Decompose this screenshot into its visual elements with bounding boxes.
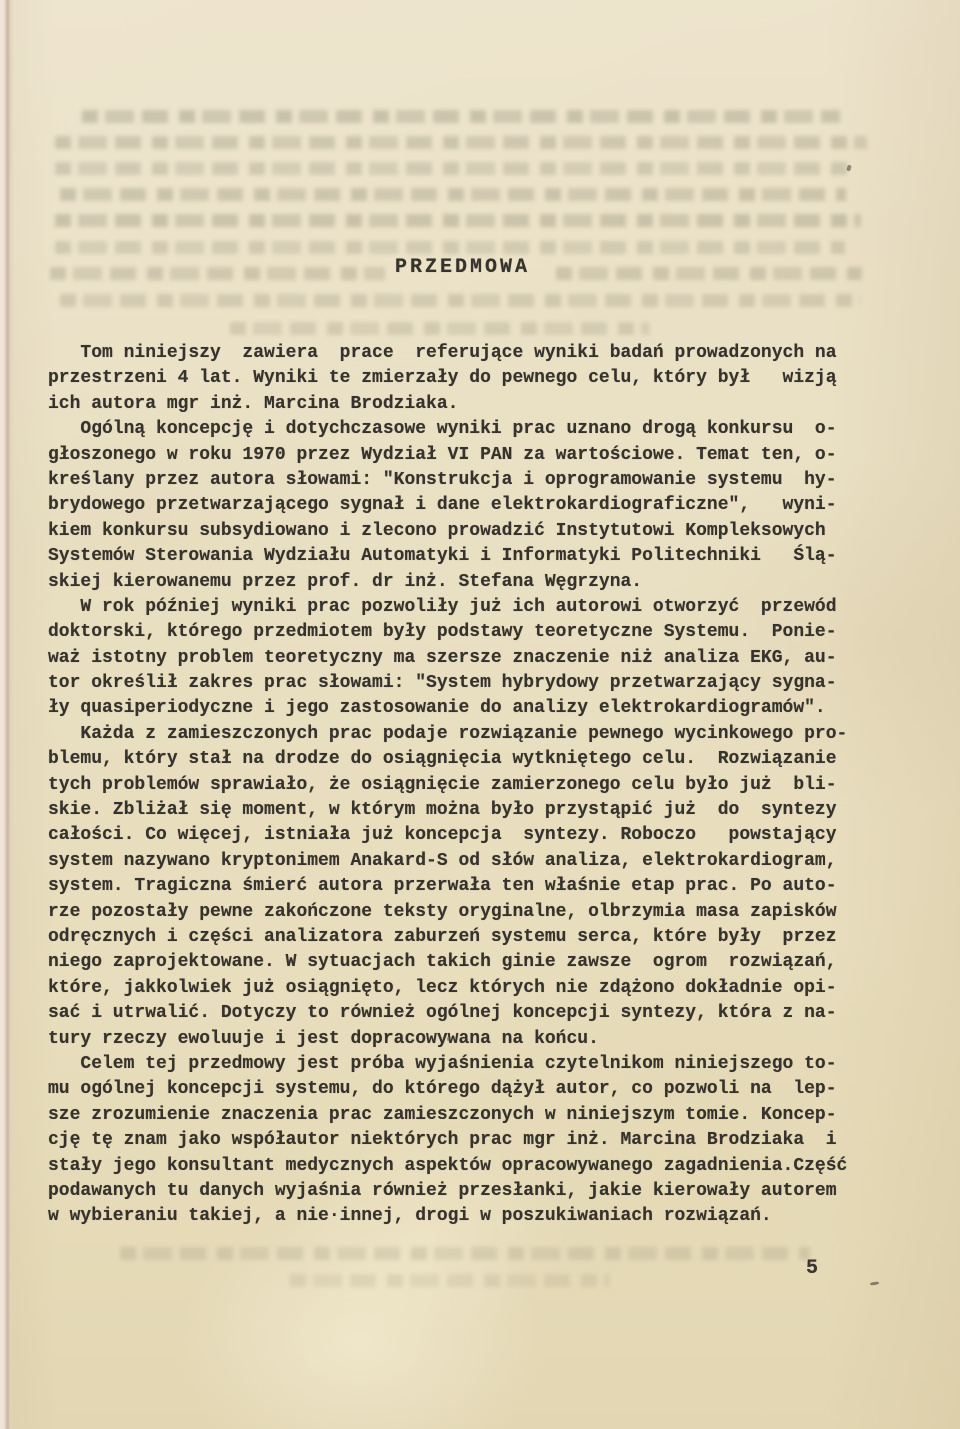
body-line: kreślany przez autora słowami: "Konstruk… bbox=[48, 468, 908, 493]
bleedthrough-line bbox=[556, 267, 862, 280]
body-line: mu ogólnej koncepcji systemu, do którego… bbox=[48, 1077, 908, 1102]
bleedthrough-line bbox=[55, 214, 861, 227]
body-line: stały jego konsultant medycznych aspektó… bbox=[48, 1154, 908, 1179]
bleedthrough-line bbox=[60, 188, 846, 201]
body-line: kiem konkursu subsydiowano i zlecono pro… bbox=[48, 519, 908, 544]
body-line: Systemów Sterowania Wydziału Automatyki … bbox=[48, 544, 908, 569]
body-line: podawanych tu danych wyjaśnia również pr… bbox=[48, 1179, 908, 1204]
bleedthrough-line bbox=[55, 241, 845, 254]
body-line: system nazywano kryptonimem Anakard-S od… bbox=[48, 849, 908, 874]
bleedthrough-line bbox=[230, 322, 650, 335]
body-line: skie. Zbliżał się moment, w którym można… bbox=[48, 798, 908, 823]
body-line: ły quasiperiodyczne i jego zastosowanie … bbox=[48, 696, 908, 721]
page-left-edge bbox=[0, 0, 14, 1429]
body-line: przestrzeni 4 lat. Wyniki te zmierzały d… bbox=[48, 366, 908, 391]
ink-speck bbox=[870, 1281, 879, 1285]
bleedthrough-line bbox=[55, 136, 867, 149]
body-line: całości. Co więcej, istniała już koncepc… bbox=[48, 823, 908, 848]
body-line: Celem tej przedmowy jest próba wyjaśnien… bbox=[48, 1052, 908, 1077]
body-line: Tom niniejszy zawiera prace referujące w… bbox=[48, 341, 908, 366]
bleedthrough-line bbox=[82, 110, 840, 123]
bleedthrough-line bbox=[60, 294, 860, 307]
page-number: 5 bbox=[806, 1257, 818, 1280]
body-line: doktorski, którego przedmiotem były pods… bbox=[48, 620, 908, 645]
body-line: blemu, który stał na drodze do osiągnięc… bbox=[48, 747, 908, 772]
page-title: PRZEDMOWA bbox=[395, 256, 530, 279]
body-line: tych problemów sprawiało, że osiągnięcie… bbox=[48, 773, 908, 798]
bleedthrough-line bbox=[290, 1274, 610, 1287]
body-line: system. Tragiczna śmierć autora przerwał… bbox=[48, 874, 908, 899]
body-line: brydowego przetwarzającego sygnał i dane… bbox=[48, 493, 908, 518]
ink-speck bbox=[447, 1037, 450, 1041]
body-line: głoszonego w roku 1970 przez Wydział VI … bbox=[48, 443, 908, 468]
scanned-page: PRZEDMOWA Tom niniejszy zawiera prace re… bbox=[0, 0, 960, 1429]
bleedthrough-line bbox=[50, 267, 385, 280]
body-line: sać i utrwalić. Dotyczy to również ogóln… bbox=[48, 1001, 908, 1026]
body-text: Tom niniejszy zawiera prace referujące w… bbox=[48, 341, 908, 1230]
body-line: tor określił zakres prac słowami: "Syste… bbox=[48, 671, 908, 696]
bleedthrough-line bbox=[120, 1247, 810, 1260]
body-line: ich autora mgr inż. Marcina Brodziaka. bbox=[48, 392, 908, 417]
body-line: Każda z zamieszczonych prac podaje rozwi… bbox=[48, 722, 908, 747]
body-line: sze zrozumienie znaczenia prac zamieszcz… bbox=[48, 1103, 908, 1128]
body-line: Ogólną koncepcję i dotychczasowe wyniki … bbox=[48, 417, 908, 442]
body-line: tury rzeczy ewoluuje i jest dopracowywan… bbox=[48, 1027, 908, 1052]
body-line: skiej kierowanemu przez prof. dr inż. St… bbox=[48, 570, 908, 595]
body-line: odręcznych i części analizatora zaburzeń… bbox=[48, 925, 908, 950]
bleedthrough-line bbox=[55, 162, 853, 175]
body-line: niego zaprojektowane. W sytuacjach takic… bbox=[48, 950, 908, 975]
body-line: w wybieraniu takiej, a nie·innej, drogi … bbox=[48, 1204, 908, 1229]
body-line: W rok później wyniki prac pozwoliły już … bbox=[48, 595, 908, 620]
body-line: rze pozostały pewne zakończone teksty or… bbox=[48, 900, 908, 925]
body-line: cję tę znam jako współautor niektórych p… bbox=[48, 1128, 908, 1153]
body-line: które, jakkolwiek już osiągnięto, lecz k… bbox=[48, 976, 908, 1001]
body-line: waż istotny problem teoretyczny ma szers… bbox=[48, 646, 908, 671]
